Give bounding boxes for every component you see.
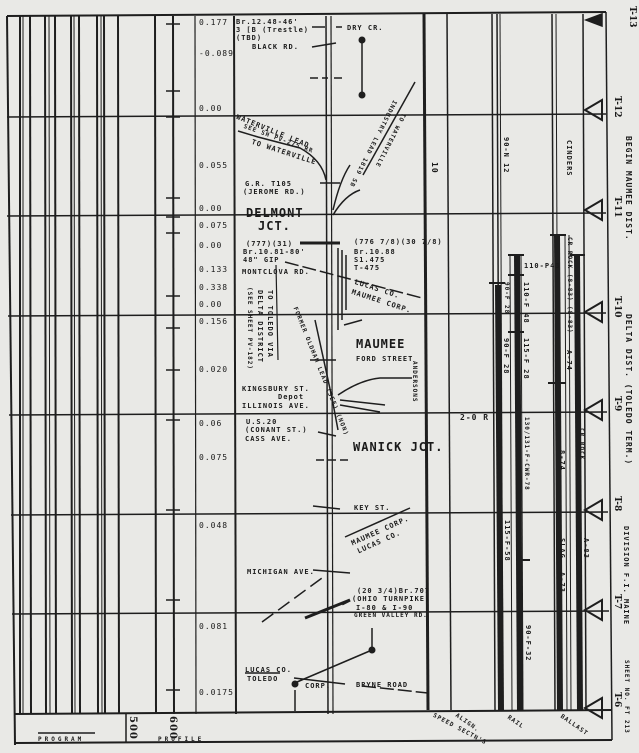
- ballast-label: CINDERS: [565, 140, 573, 177]
- green-valley-rd-label: GREEN VALLEY RD.: [354, 612, 428, 620]
- illinois-ave-label: ILLINOIS AVE.: [242, 402, 310, 410]
- cass-ave-label: CASS AVE.: [245, 435, 292, 443]
- ballast-label: CR ROCK: [578, 428, 585, 460]
- lucas-co-3-label: LUCAS CO.: [245, 666, 292, 674]
- bridge-10-81-label: Br.10.81-80': [243, 248, 306, 256]
- profile-tick-600: 600: [167, 716, 178, 740]
- speed-value-label: 10: [430, 162, 439, 174]
- ballast-label: 8-74: [558, 450, 566, 471]
- toledo-label: TOLEDO: [247, 675, 278, 683]
- ford-street-label: FORD STREET: [356, 355, 413, 363]
- mile-value: -0.089: [199, 49, 234, 58]
- delmont-label: DELMONT: [246, 209, 304, 217]
- ballast-label: A-74: [565, 350, 573, 371]
- rail-label: 90-F 28: [502, 338, 510, 375]
- conant-st-label: (CONANT ST.): [245, 426, 308, 434]
- rail-label: 90-F-32: [524, 625, 532, 662]
- montclova-rd-label: MONTCLOVA RD.: [242, 268, 310, 276]
- ballast-label: SLAG: [558, 538, 566, 559]
- bridge-10-88-label: Br.10.88: [354, 248, 396, 256]
- key-st-label: KEY ST.: [354, 504, 391, 512]
- rail-label: 110-F 48: [522, 282, 530, 324]
- see-sheet-label: (SEE SHEET PV-182): [246, 287, 253, 370]
- mile-value: 0.055: [199, 161, 228, 170]
- timetable-station-t10: T-10: [612, 296, 622, 317]
- mile-value: 0.00: [199, 104, 222, 113]
- tbd-label: (TBD): [236, 34, 262, 42]
- jerome-rd-label: (JEROME RD.): [243, 188, 306, 196]
- delmont-jct-label: JCT.: [258, 222, 291, 230]
- grade-crossing-label: G.R. T105: [245, 180, 292, 188]
- mile-value: 0.020: [199, 365, 228, 374]
- ballast-label: A-83: [582, 538, 590, 559]
- profile-tick-500: 500: [127, 716, 138, 740]
- timetable-station-t11: T-11: [612, 196, 622, 217]
- timetable-station-t6: T-6: [612, 692, 622, 707]
- track-chart-sheet: T-13 T-12 T-11 T-10 T-9 T-8 T-7 T-6 BEGI…: [0, 0, 639, 753]
- ballast-label: A-73: [558, 572, 566, 593]
- mile-value: 0.0175: [199, 688, 234, 697]
- black-rd-label: BLACK RD.: [252, 43, 299, 51]
- maumee-station-label: MAUMEE: [356, 340, 405, 348]
- timetable-station-t13: T-13: [627, 6, 637, 27]
- mile-value: 0.338: [199, 283, 228, 292]
- andersons-label: ANDERSONS: [411, 361, 418, 403]
- mile-value: 0.177: [199, 18, 228, 27]
- mile-value: 0.075: [199, 453, 228, 462]
- timetable-station-t12: T-12: [612, 96, 622, 117]
- timetable-station-t9: T-9: [612, 396, 622, 411]
- timetable-station-t8: T-8: [612, 496, 622, 511]
- mile-value: 0.048: [199, 521, 228, 530]
- depot-label: Depot: [278, 393, 304, 401]
- rail-label: 115-F 28: [522, 338, 530, 380]
- bridge-707-label: (20 3/4)Br.707: [357, 587, 430, 595]
- rail-label: 90-N 12: [502, 137, 510, 174]
- michigan-ave-label: MICHIGAN AVE.: [247, 568, 315, 576]
- mile-value: 0.133: [199, 265, 228, 274]
- division-label: DIVISION F.I. MAINE: [622, 526, 630, 625]
- dry-creek-label: DRY CR.: [347, 24, 384, 32]
- t-475-label: T-475: [354, 264, 380, 272]
- rail-label: 110-P43: [524, 262, 561, 270]
- mile-value: 0.00: [199, 204, 222, 213]
- trestle-label: 3 [B (Trestle): [236, 26, 309, 34]
- mile-value: 0.075: [199, 221, 228, 230]
- mile-value: 0.00: [199, 300, 222, 309]
- kingsbury-st-label: KINGSBURY ST.: [242, 385, 310, 393]
- wanick-jct-label: WANICK JCT.: [353, 443, 443, 451]
- delta-district-label: DELTA DIST. (TOLEDO TERM.): [624, 314, 633, 465]
- rail-label: 130/131-F-CWR-78: [523, 417, 530, 491]
- bryne-road-label: BRYNE ROAD: [356, 681, 408, 689]
- bridge-label: Br.12.48-46': [236, 18, 299, 26]
- rail-label: 115-F-58: [503, 520, 511, 562]
- mile-value: 0.081: [199, 622, 228, 631]
- to-toledo-label: TO TOLEDO VIA: [266, 290, 274, 358]
- switch-776-label: (776 7/8)(30 7/8): [354, 238, 443, 246]
- ohio-turnpike-label: (OHIO TURNPIKE): [352, 595, 430, 603]
- sheet-number-label: SHEET NO. FT 213: [623, 660, 630, 734]
- us20-label: U.S.20: [246, 418, 277, 426]
- profile-label: PROFILE: [158, 736, 204, 744]
- interstate-label: I-80 & I-90: [356, 604, 413, 612]
- signal-1475-label: S1.475: [354, 256, 385, 264]
- begin-district-label: BEGIN MAUMEE DIST.: [624, 136, 633, 241]
- rail-label: 90-F 28: [503, 282, 510, 314]
- mile-value: 0.00: [199, 241, 222, 250]
- program-label: PROGRAM: [38, 736, 84, 744]
- curve-label: 2-0 R: [460, 414, 489, 422]
- ballast-label: CR ROCK (8-83): [566, 237, 573, 302]
- mile-value: 0.156: [199, 317, 228, 326]
- mile-value: 0.06: [199, 419, 222, 428]
- switch-777-label: (777)(31): [246, 240, 293, 248]
- corp-label: CORP.: [305, 682, 331, 690]
- timetable-station-t7: T-7: [612, 594, 622, 609]
- gip-label: 48" GIP: [243, 256, 280, 264]
- ballast-label: (8-83): [566, 306, 573, 334]
- delta-district-map-label: DELTA DISTRICT: [256, 290, 264, 363]
